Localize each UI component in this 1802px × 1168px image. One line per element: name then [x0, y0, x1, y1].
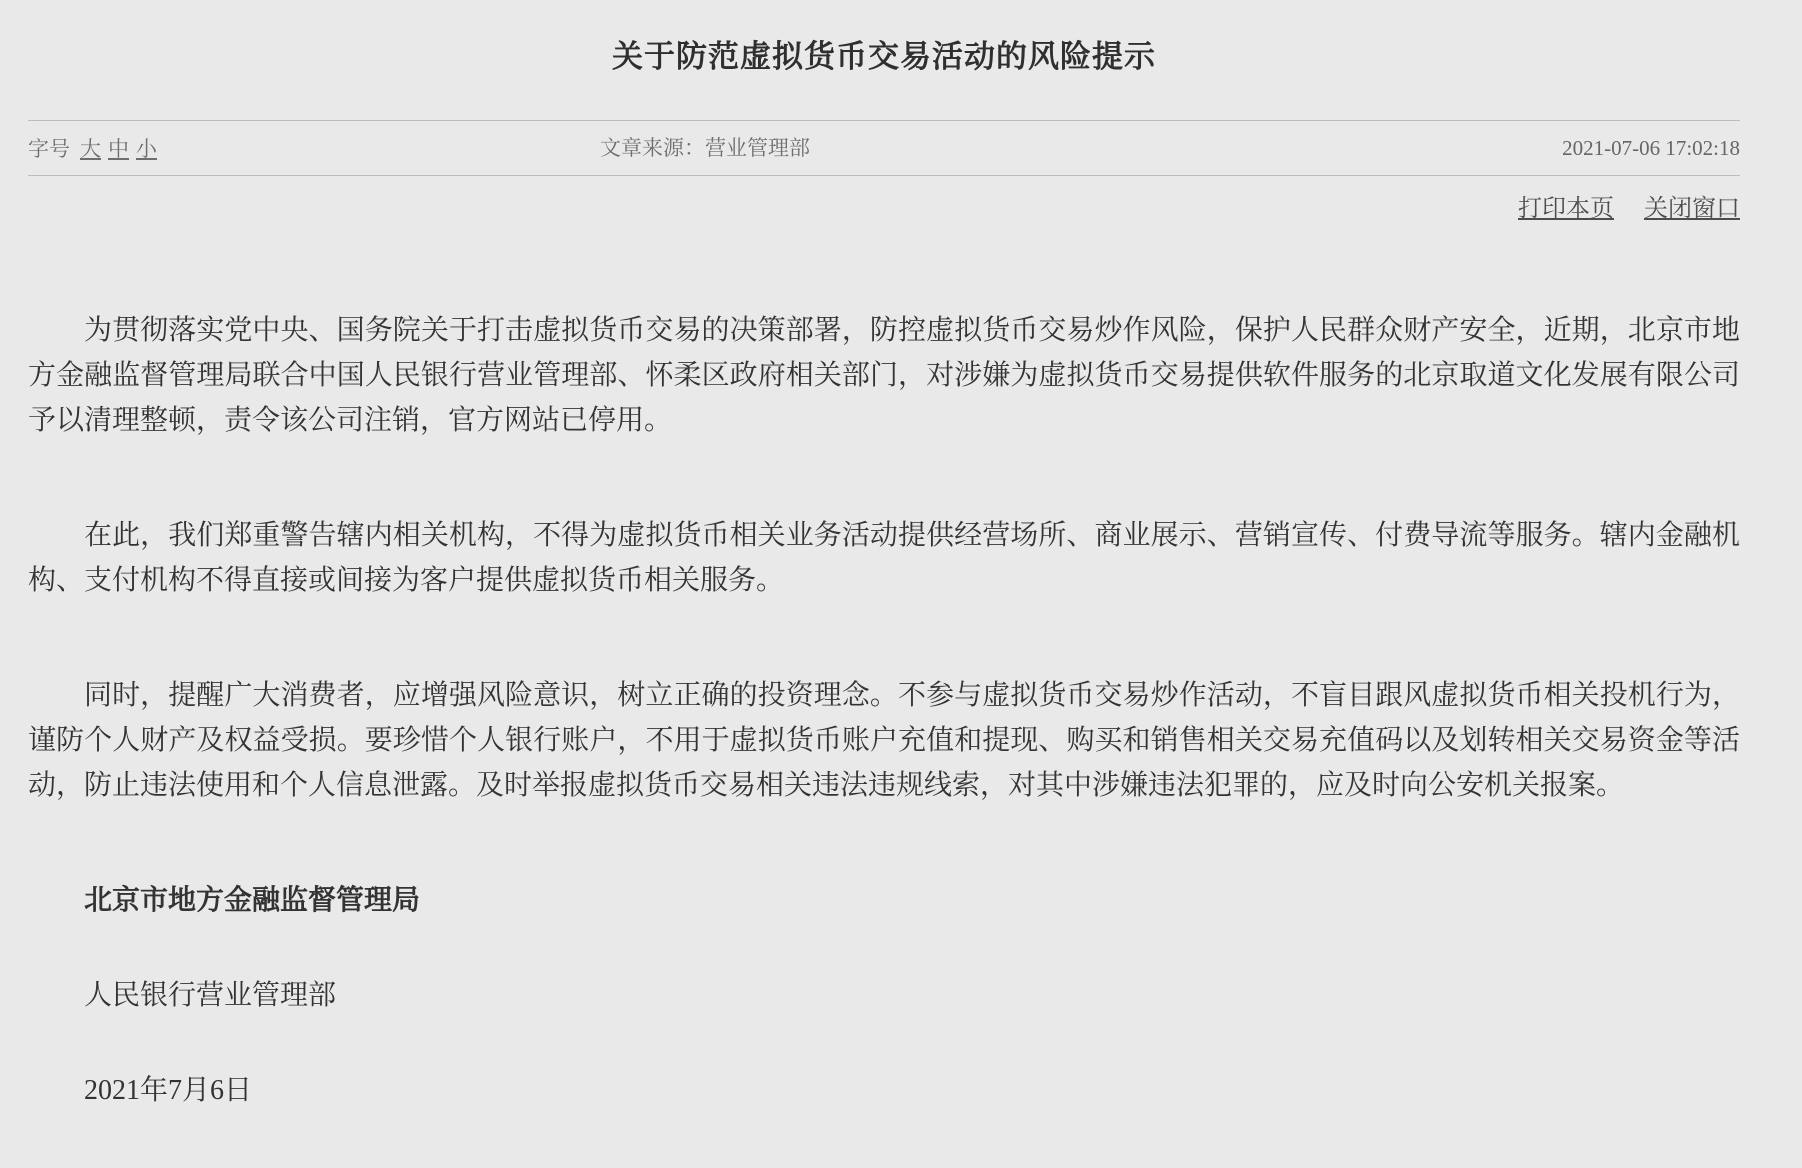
font-size-large-link[interactable]: 大: [80, 133, 101, 163]
signature-date: 2021年7月6日: [28, 1068, 1740, 1113]
print-page-link[interactable]: 打印本页: [1518, 188, 1614, 223]
article-page: 关于防范虚拟货币交易活动的风险提示 字号 大 中 小 文章来源：营业管理部 20…: [0, 0, 1802, 1168]
paragraph-3: 同时，提醒广大消费者，应增强风险意识，树立正确的投资理念。不参与虚拟货币交易炒作…: [28, 673, 1740, 808]
paragraph-1: 为贯彻落实党中央、国务院关于打击虚拟货币交易的决策部署，防控虚拟货币交易炒作风险…: [28, 308, 1740, 443]
signature-org-2: 人民银行营业管理部: [28, 973, 1740, 1018]
font-size-label: 字号: [28, 133, 70, 163]
page-title: 关于防范虚拟货币交易活动的风险提示: [28, 36, 1740, 78]
font-size-medium-link[interactable]: 中: [108, 133, 129, 163]
publish-timestamp: 2021-07-06 17:02:18: [1562, 136, 1740, 161]
article-body: 为贯彻落实党中央、国务院关于打击虚拟货币交易的决策部署，防控虚拟货币交易炒作风险…: [28, 308, 1740, 1113]
page-actions: 打印本页 关闭窗口: [28, 176, 1740, 234]
meta-bar: 字号 大 中 小 文章来源：营业管理部 2021-07-06 17:02:18: [28, 120, 1740, 176]
article-source: 文章来源：营业管理部: [600, 121, 810, 175]
close-window-link[interactable]: 关闭窗口: [1644, 188, 1740, 223]
signature-org-1: 北京市地方金融监督管理局: [28, 878, 1740, 923]
font-size-control: 字号 大 中 小: [28, 133, 164, 163]
paragraph-2: 在此，我们郑重警告辖内相关机构，不得为虚拟货币相关业务活动提供经营场所、商业展示…: [28, 513, 1740, 603]
font-size-small-link[interactable]: 小: [136, 133, 157, 163]
